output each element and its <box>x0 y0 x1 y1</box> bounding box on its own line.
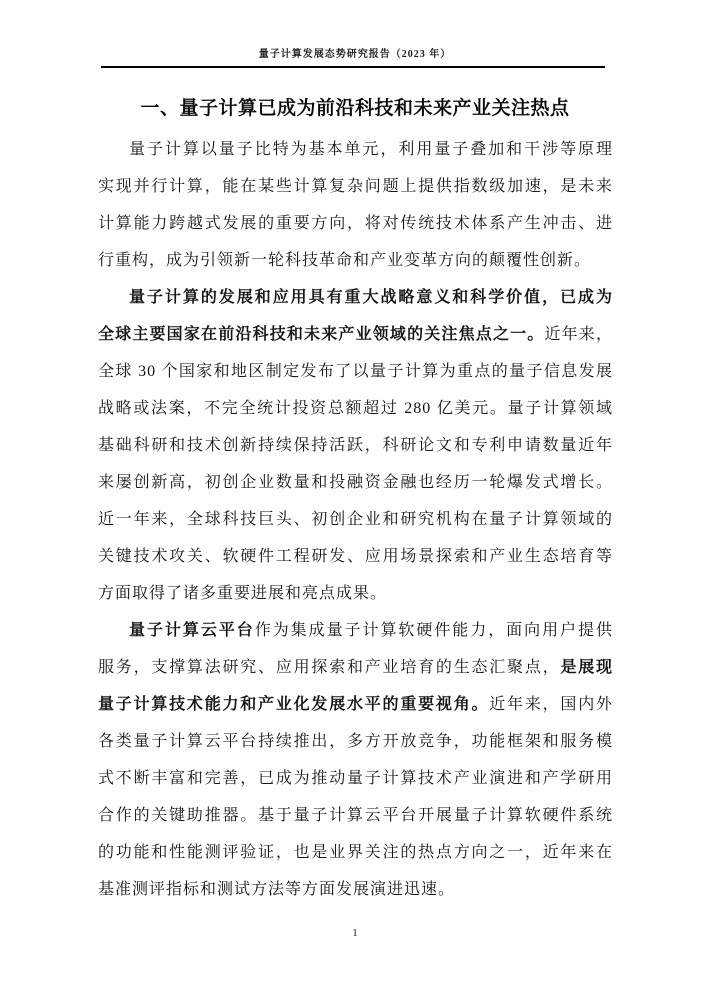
text-segment: 近年来，国内外 <box>489 696 613 713</box>
paragraph: 量子计算的发展和应用具有重大战略意义和科学价值，已成为全球主要国家在前沿科技和未… <box>98 279 613 612</box>
text-line: 式不断丰富和完善，已成为推动量子计算技术产业演进和产学研用 <box>98 760 613 797</box>
text-segment: 量子计算云平台 <box>129 622 255 639</box>
text-segment: 来屡创新高，初创企业数量和投融资金融也经历一轮爆发式增长。 <box>98 474 613 491</box>
text-line: 各类量子计算云平台持续推出，多方开放竞争，功能框架和服务模 <box>98 723 613 760</box>
text-line: 量子计算云平台作为集成量子计算软硬件能力，面向用户提供 <box>98 612 613 649</box>
text-segment: 方面取得了诸多重要进展和亮点成果。 <box>98 585 387 602</box>
page-number: 1 <box>0 927 710 939</box>
text-line: 近一年来，全球科技巨头、初创企业和研究机构在量子计算领域的 <box>98 501 613 538</box>
text-segment: 服务，支撑算法研究、应用探索和产业培育的生态汇聚点， <box>98 659 560 676</box>
text-segment: 量子计算的发展和应用具有重大战略意义和科学价值，已成为 <box>129 289 613 306</box>
text-segment: 近一年来，全球科技巨头、初创企业和研究机构在量子计算领域的 <box>98 511 613 528</box>
text-segment: 基准测评指标和测试方法等方面发展演进迅速。 <box>98 881 455 898</box>
text-segment: 全球主要国家在前沿科技和未来产业领域的关注焦点之一。 <box>98 326 544 343</box>
text-segment: 各类量子计算云平台持续推出，多方开放竞争，功能框架和服务模 <box>98 733 613 750</box>
text-segment: 作为集成量子计算软硬件能力，面向用户提供 <box>255 622 613 639</box>
text-segment: 式不断丰富和完善，已成为推动量子计算技术产业演进和产学研用 <box>98 770 613 787</box>
text-line: 的功能和性能测评验证，也是业界关注的热点方向之一，近年来在 <box>98 834 613 871</box>
text-line: 全球主要国家在前沿科技和未来产业领域的关注焦点之一。近年来， <box>98 316 613 353</box>
text-segment: 行重构，成为引领新一轮科技革命和产业变革方向的颠覆性创新。 <box>98 252 591 269</box>
text-segment: 量子计算以量子比特为基本单元，利用量子叠加和干涉等原理 <box>129 141 613 158</box>
text-line: 量子计算技术能力和产业化发展水平的重要视角。近年来，国内外 <box>98 686 613 723</box>
text-segment: 合作的关键助推器。基于量子计算云平台开展量子计算软硬件系统 <box>98 807 613 824</box>
paragraph: 量子计算以量子比特为基本单元，利用量子叠加和干涉等原理实现并行计算，能在某些计算… <box>98 131 613 279</box>
text-line: 全球 30 个国家和地区制定发布了以量子计算为重点的量子信息发展 <box>98 353 613 390</box>
text-segment: 基础科研和技术创新持续保持活跃，科研论文和专利申请数量近年 <box>98 437 613 454</box>
document-body: 量子计算以量子比特为基本单元，利用量子叠加和干涉等原理实现并行计算，能在某些计算… <box>98 131 613 908</box>
report-page: 量子计算发展态势研究报告（2023 年） 一、量子计算已成为前沿科技和未来产业关… <box>0 0 710 1004</box>
text-line: 方面取得了诸多重要进展和亮点成果。 <box>98 575 613 612</box>
text-line: 行重构，成为引领新一轮科技革命和产业变革方向的颠覆性创新。 <box>98 242 613 279</box>
text-segment: 战略或法案，不完全统计投资总额超过 280 亿美元。量子计算领域 <box>98 400 613 417</box>
text-segment: 关键技术攻关、软硬件工程研发、应用场景探索和产业生态培育等 <box>98 548 613 565</box>
text-line: 量子计算以量子比特为基本单元，利用量子叠加和干涉等原理 <box>98 131 613 168</box>
section-heading: 一、量子计算已成为前沿科技和未来产业关注热点 <box>0 93 710 120</box>
text-line: 合作的关键助推器。基于量子计算云平台开展量子计算软硬件系统 <box>98 797 613 834</box>
text-segment: 量子计算技术能力和产业化发展水平的重要视角。 <box>98 696 489 713</box>
paragraph: 量子计算云平台作为集成量子计算软硬件能力，面向用户提供服务，支撑算法研究、应用探… <box>98 612 613 908</box>
text-segment: 实现并行计算，能在某些计算复杂问题上提供指数级加速，是未来 <box>98 178 613 195</box>
text-line: 服务，支撑算法研究、应用探索和产业培育的生态汇聚点，是展现 <box>98 649 613 686</box>
text-segment: 全球 30 个国家和地区制定发布了以量子计算为重点的量子信息发展 <box>98 363 613 380</box>
page-header-title: 量子计算发展态势研究报告（2023 年） <box>0 45 710 60</box>
header-rule <box>101 66 605 68</box>
text-segment: 的功能和性能测评验证，也是业界关注的热点方向之一，近年来在 <box>98 844 613 861</box>
text-line: 关键技术攻关、软硬件工程研发、应用场景探索和产业生态培育等 <box>98 538 613 575</box>
text-line: 基础科研和技术创新持续保持活跃，科研论文和专利申请数量近年 <box>98 427 613 464</box>
text-line: 量子计算的发展和应用具有重大战略意义和科学价值，已成为 <box>98 279 613 316</box>
text-segment: 近年来， <box>544 326 613 343</box>
text-line: 战略或法案，不完全统计投资总额超过 280 亿美元。量子计算领域 <box>98 390 613 427</box>
text-line: 计算能力跨越式发展的重要方向，将对传统技术体系产生冲击、进 <box>98 205 613 242</box>
text-segment: 计算能力跨越式发展的重要方向，将对传统技术体系产生冲击、进 <box>98 215 613 232</box>
text-line: 来屡创新高，初创企业数量和投融资金融也经历一轮爆发式增长。 <box>98 464 613 501</box>
text-line: 实现并行计算，能在某些计算复杂问题上提供指数级加速，是未来 <box>98 168 613 205</box>
text-segment: 是展现 <box>560 659 613 676</box>
text-line: 基准测评指标和测试方法等方面发展演进迅速。 <box>98 871 613 908</box>
